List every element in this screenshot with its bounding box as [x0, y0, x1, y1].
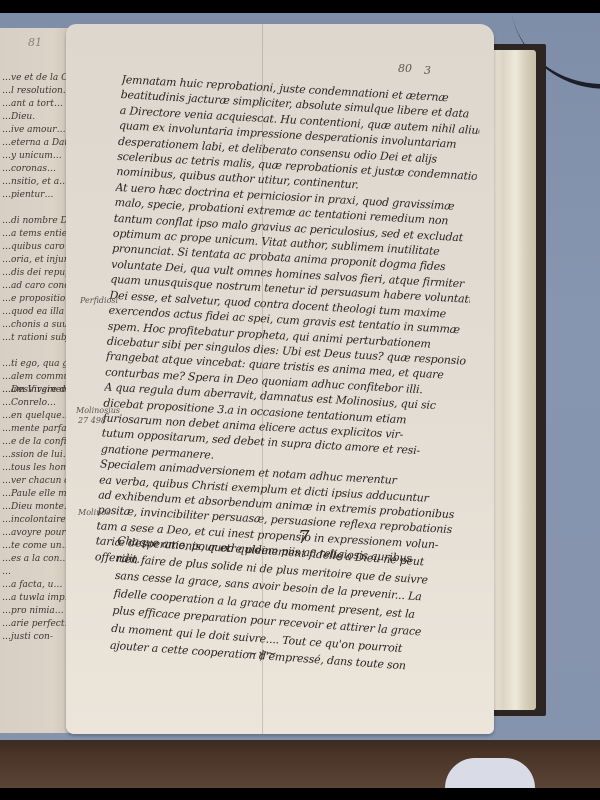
- manuscript-line: …arie perfect…: [2, 618, 76, 631]
- manuscript-line: …nsitio, et a…: [2, 176, 76, 189]
- manuscript-line: …chonis a suuer…: [2, 319, 76, 332]
- left-page-number: 81: [28, 36, 42, 49]
- manuscript-line: …ant a tort…: [2, 98, 76, 111]
- manuscript-line: …a tems entierement…: [2, 228, 76, 241]
- manuscript-line: …ad caro concupi…: [2, 280, 76, 293]
- manuscript-line: …Dieu.: [2, 111, 76, 124]
- manuscript-line: …ive amour…: [2, 124, 76, 137]
- french-text-block: Chaque ame, pour etre pleinement fidelle…: [109, 532, 477, 679]
- manuscript-line: …di nombre Dans…: [2, 215, 76, 228]
- letterbox-top: [0, 0, 600, 13]
- manuscript-line: …eterna a Dat…: [2, 137, 76, 150]
- margin-note-1: Perfidiosi: [80, 296, 118, 305]
- left-page: 81 …ve et de la Cong……l resolution……ant …: [0, 28, 76, 733]
- manuscript-line: …ve et de la Cong…: [2, 72, 76, 85]
- manuscript-line: …quibus caro a…: [2, 241, 76, 254]
- margin-note-4: Molinos: [78, 508, 110, 517]
- page-number-80: 80: [398, 62, 412, 75]
- manuscript-line: …pro nimia…: [2, 605, 76, 618]
- manuscript-line: …justi con-: [2, 631, 76, 644]
- right-page: 80 3 Jemnatam huic reprobationi, juste c…: [66, 24, 494, 734]
- manuscript-line: …Dieu monte…: [2, 501, 76, 514]
- latin-text-block: Jemnatam huic reprobationi, juste condem…: [94, 72, 481, 584]
- manuscript-line: …quod ea illa in…: [2, 306, 76, 319]
- manuscript-line: …ver chacun de…: [2, 475, 76, 488]
- white-cloth: [445, 758, 535, 788]
- manuscript-line: …coronas…: [2, 163, 76, 176]
- manuscript-line: …: [2, 566, 76, 579]
- manuscript-line: …y unicum…: [2, 150, 76, 163]
- manuscript-line: …ti ego, qua gra…: [2, 358, 76, 371]
- manuscript-line: …te come un…: [2, 540, 76, 553]
- manuscript-line: …oria, et injurie…: [2, 254, 76, 267]
- manuscript-line: …e propositionibus…: [2, 293, 76, 306]
- manuscript-line: …Paule elle me…: [2, 488, 76, 501]
- page-number-3: 3: [424, 64, 431, 77]
- manuscript-line: …l resolution…: [2, 85, 76, 98]
- manuscript-line: …tous les hommes…: [2, 462, 76, 475]
- manuscript-line: …dis dei repugn…: [2, 267, 76, 280]
- manuscript-line: …t rationi subjecta…: [2, 332, 76, 345]
- table-edge: [0, 740, 600, 788]
- manuscript-line: …a facta, u…: [2, 579, 76, 592]
- manuscript-line: …en quelque…: [2, 410, 76, 423]
- manuscript-line: …pientur…: [2, 189, 76, 202]
- manuscript-line: …Desinvere de…: [2, 384, 76, 397]
- margin-note-3: 27 498: [78, 416, 106, 425]
- letterbox-bottom: [0, 788, 600, 800]
- manuscript-line: …incolontaire…: [2, 514, 76, 527]
- manuscript-line: …e de la confi…: [2, 436, 76, 449]
- manuscript-line: [2, 202, 76, 215]
- manuscript-line: …a tuwla imp…: [2, 592, 76, 605]
- manuscript-line: …es a la con…: [2, 553, 76, 566]
- pen-flourish: ~ⲯ~: [246, 646, 277, 662]
- manuscript-line: …avoyre pour…: [2, 527, 76, 540]
- page-edges-stack: [490, 50, 536, 710]
- manuscript-line: …Conrelo…: [2, 397, 76, 410]
- manuscript-line: …ssion de lui…: [2, 449, 76, 462]
- manuscript-line: [2, 345, 76, 358]
- left-page-text-top: …ve et de la Cong……l resolution……ant a t…: [2, 72, 76, 397]
- margin-note-2: Molinosius: [76, 406, 120, 415]
- manuscript-line: …alem communion…: [2, 371, 76, 384]
- manuscript-line: …mente parfaite…: [2, 423, 76, 436]
- left-page-text-bottom: …Desinvere de……Conrelo……en quelque……ment…: [2, 384, 76, 644]
